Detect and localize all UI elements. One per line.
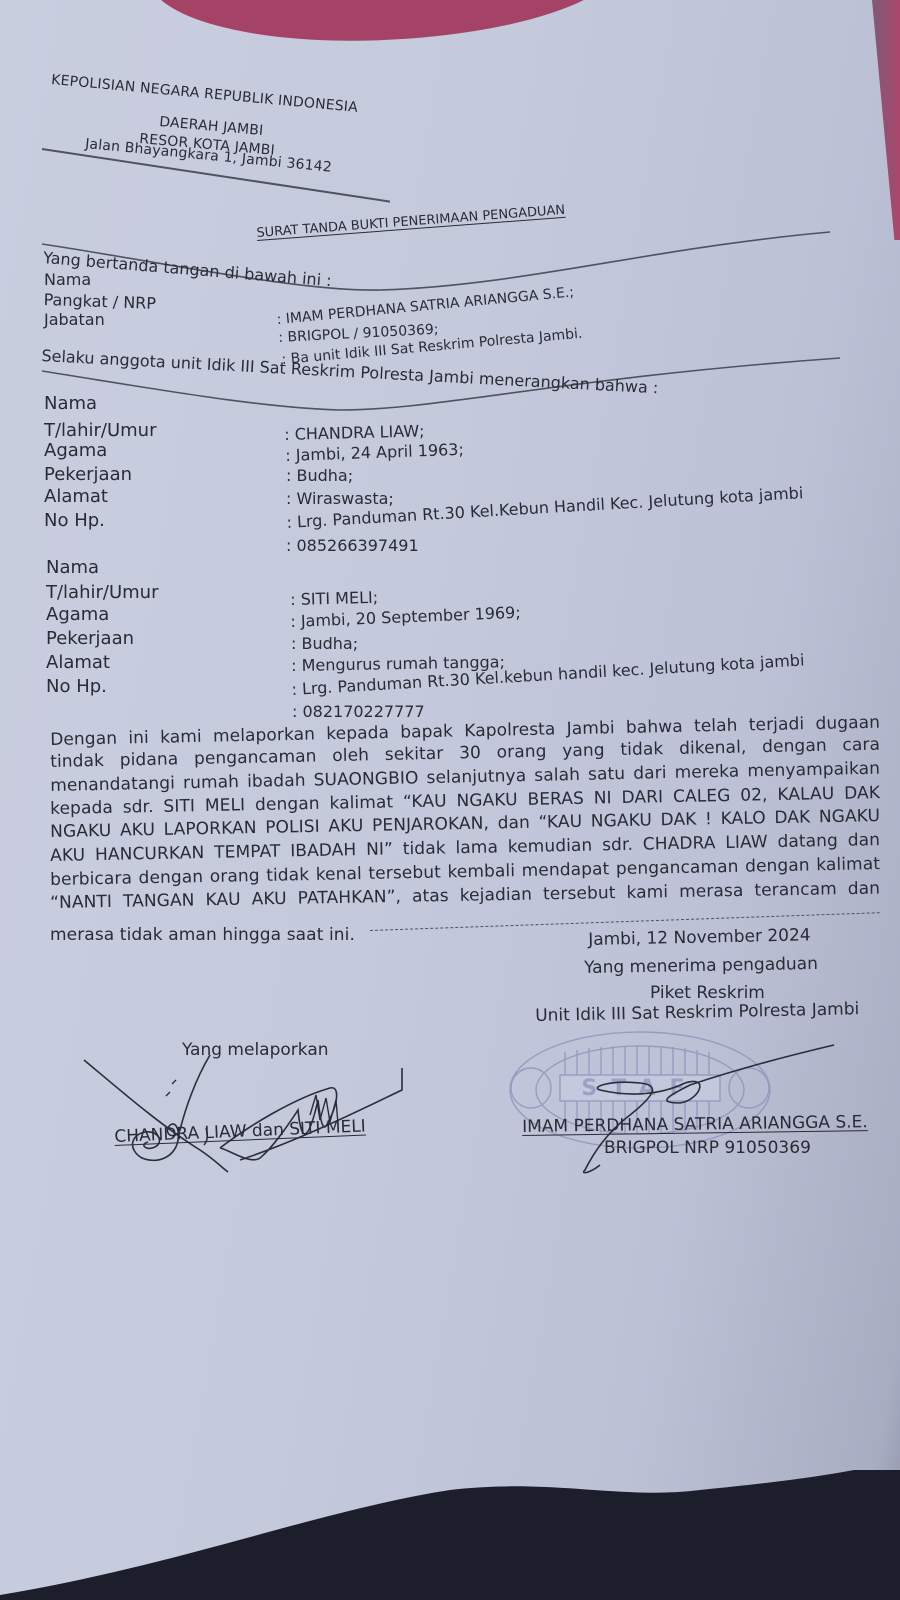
receiver-rank-nrp: BRIGPOL NRP 91050369: [604, 1138, 811, 1158]
receiver-place-date: Jambi, 12 November 2024: [588, 925, 811, 950]
c2-value-religion: : Budha;: [291, 634, 358, 653]
officer-label-position: Jabatan: [44, 310, 105, 329]
c1-label-birth: T/lahir/Umur: [44, 420, 156, 441]
c2-label-address: Alamat: [46, 652, 110, 673]
c1-label-occupation: Pekerjaan: [44, 464, 132, 485]
c1-label-address: Alamat: [44, 486, 108, 507]
complaint-receipt-document: KEPOLISIAN NEGARA REPUBLIK INDONESIA DAE…: [0, 0, 900, 1600]
receiver-unit: Unit Idik III Sat Reskrim Polresta Jambi: [535, 999, 859, 1026]
c2-value-phone: : 082170227777: [292, 702, 425, 721]
receiver-unit-duty: Piket Reskrim: [650, 983, 765, 1003]
c2-label-occupation: Pekerjaan: [46, 628, 134, 649]
officer-label-name: Nama: [44, 270, 91, 289]
report-line-9: merasa tidak aman hingga saat ini.: [50, 925, 355, 945]
c2-label-name: Nama: [46, 557, 99, 578]
c1-value-birth: : Jambi, 24 April 1963;: [285, 440, 464, 465]
c1-label-name: Nama: [44, 393, 97, 414]
receiver-role: Yang menerima pengaduan: [584, 954, 818, 978]
c2-value-name: : SITI MELI;: [290, 588, 378, 609]
c1-value-occupation: : Wiraswasta;: [286, 489, 394, 508]
c1-value-name: : CHANDRA LIAW;: [284, 421, 425, 444]
c1-value-phone: : 085266397491: [286, 536, 419, 555]
c2-label-religion: Agama: [46, 604, 109, 625]
c2-label-phone: No Hp.: [46, 676, 107, 697]
c1-label-phone: No Hp.: [44, 510, 105, 531]
reporter-signatures: [80, 1040, 420, 1180]
c1-value-religion: : Budha;: [286, 466, 353, 485]
c2-label-birth: T/lahir/Umur: [46, 582, 158, 603]
c1-label-religion: Agama: [44, 440, 107, 461]
